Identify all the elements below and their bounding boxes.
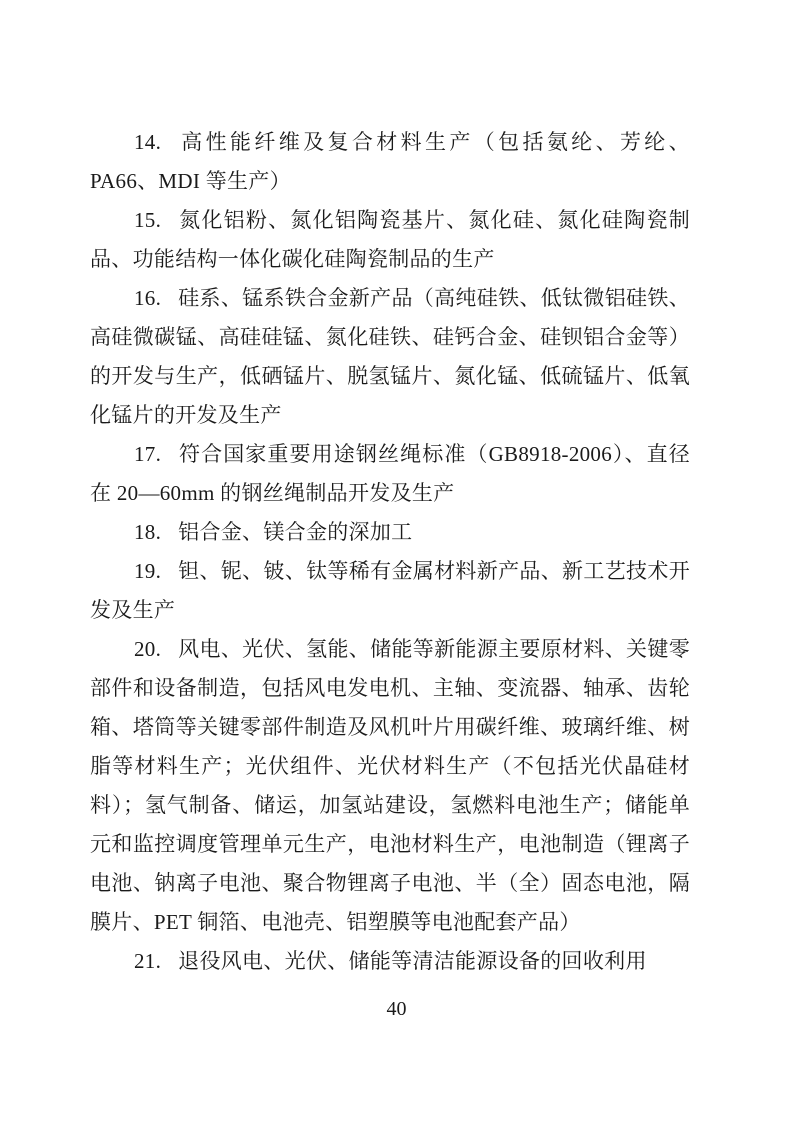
item-number: 15. xyxy=(134,208,161,232)
item-text: 氮化铝粉、氮化铝陶瓷基片、氮化硅、氮化硅陶瓷制品、功能结构一体化碳化硅陶瓷制品的… xyxy=(90,208,690,271)
item-text: 钽、铌、铍、钛等稀有金属材料新产品、新工艺技术开发及生产 xyxy=(90,559,690,622)
item-number: 18. xyxy=(134,520,161,544)
page-footer: 40 xyxy=(0,994,793,1024)
item-number: 19. xyxy=(134,559,161,583)
item-text: 高性能纤维及复合材料生产（包括氨纶、芳纶、PA66、MDI 等生产） xyxy=(90,130,690,193)
list-item-21: 21.退役风电、光伏、储能等清洁能源设备的回收利用 xyxy=(90,942,690,981)
item-text: 铝合金、镁合金的深加工 xyxy=(178,520,412,544)
page-number: 40 xyxy=(387,998,407,1020)
list-item-15: 15.氮化铝粉、氮化铝陶瓷基片、氮化硅、氮化硅陶瓷制品、功能结构一体化碳化硅陶瓷… xyxy=(90,201,690,279)
list-item-17: 17.符合国家重要用途钢丝绳标准（GB8918-2006）、直径在 20—60m… xyxy=(90,435,690,513)
list-item-14: 14.高性能纤维及复合材料生产（包括氨纶、芳纶、PA66、MDI 等生产） xyxy=(90,123,690,201)
item-text: 硅系、锰系铁合金新产品（高纯硅铁、低钛微铝硅铁、高硅微碳锰、高硅硅锰、氮化硅铁、… xyxy=(90,286,690,427)
document-page: 14.高性能纤维及复合材料生产（包括氨纶、芳纶、PA66、MDI 等生产） 15… xyxy=(0,0,793,1122)
item-number: 14. xyxy=(134,130,161,154)
list-item-19: 19.钽、铌、铍、钛等稀有金属材料新产品、新工艺技术开发及生产 xyxy=(90,552,690,630)
list-item-20: 20.风电、光伏、氢能、储能等新能源主要原材料、关键零部件和设备制造，包括风电发… xyxy=(90,630,690,942)
item-number: 21. xyxy=(134,949,161,973)
item-text: 退役风电、光伏、储能等清洁能源设备的回收利用 xyxy=(178,949,647,973)
item-text: 符合国家重要用途钢丝绳标准（GB8918-2006）、直径在 20—60mm 的… xyxy=(90,442,690,505)
list-item-16: 16.硅系、锰系铁合金新产品（高纯硅铁、低钛微铝硅铁、高硅微碳锰、高硅硅锰、氮化… xyxy=(90,279,690,435)
item-text: 风电、光伏、氢能、储能等新能源主要原材料、关键零部件和设备制造，包括风电发电机、… xyxy=(90,637,690,934)
list-item-18: 18.铝合金、镁合金的深加工 xyxy=(90,513,690,552)
item-number: 17. xyxy=(134,442,161,466)
document-body: 14.高性能纤维及复合材料生产（包括氨纶、芳纶、PA66、MDI 等生产） 15… xyxy=(90,123,690,1020)
item-number: 16. xyxy=(134,286,161,310)
item-number: 20. xyxy=(134,637,161,661)
